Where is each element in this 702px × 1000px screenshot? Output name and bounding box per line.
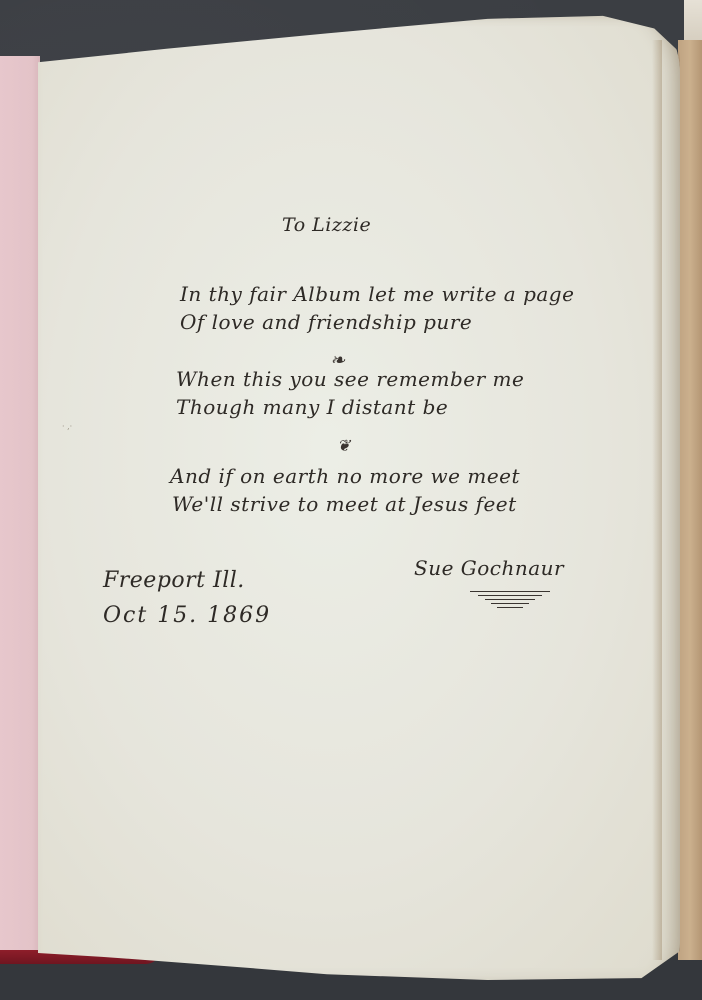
verse-line-4: Though many I distant be — [176, 395, 448, 419]
signature: Sue Gochnaur — [414, 556, 564, 580]
flourish-ornament-icon: ❦ — [337, 436, 350, 455]
verse-line-6: We'll strive to meet at Jesus feet — [172, 492, 517, 516]
verse-line-2: Of love and friendship pure — [180, 310, 472, 334]
place: Freeport Ill. — [103, 568, 245, 593]
page-gutter-shadow — [652, 40, 662, 960]
salutation: To Lizzie — [282, 214, 371, 236]
pink-endpaper — [0, 56, 40, 954]
page-smudge: · ,· — [62, 422, 72, 431]
signature-underline-flourish-icon — [470, 588, 550, 611]
verse-line-3: When this you see remember me — [176, 367, 524, 391]
page-stack-edge — [678, 40, 702, 960]
verse-line-5: And if on earth no more we meet — [170, 464, 520, 488]
verse-line-1: In thy fair Album let me write a page — [180, 282, 574, 306]
date: Oct 15. 1869 — [103, 603, 271, 628]
